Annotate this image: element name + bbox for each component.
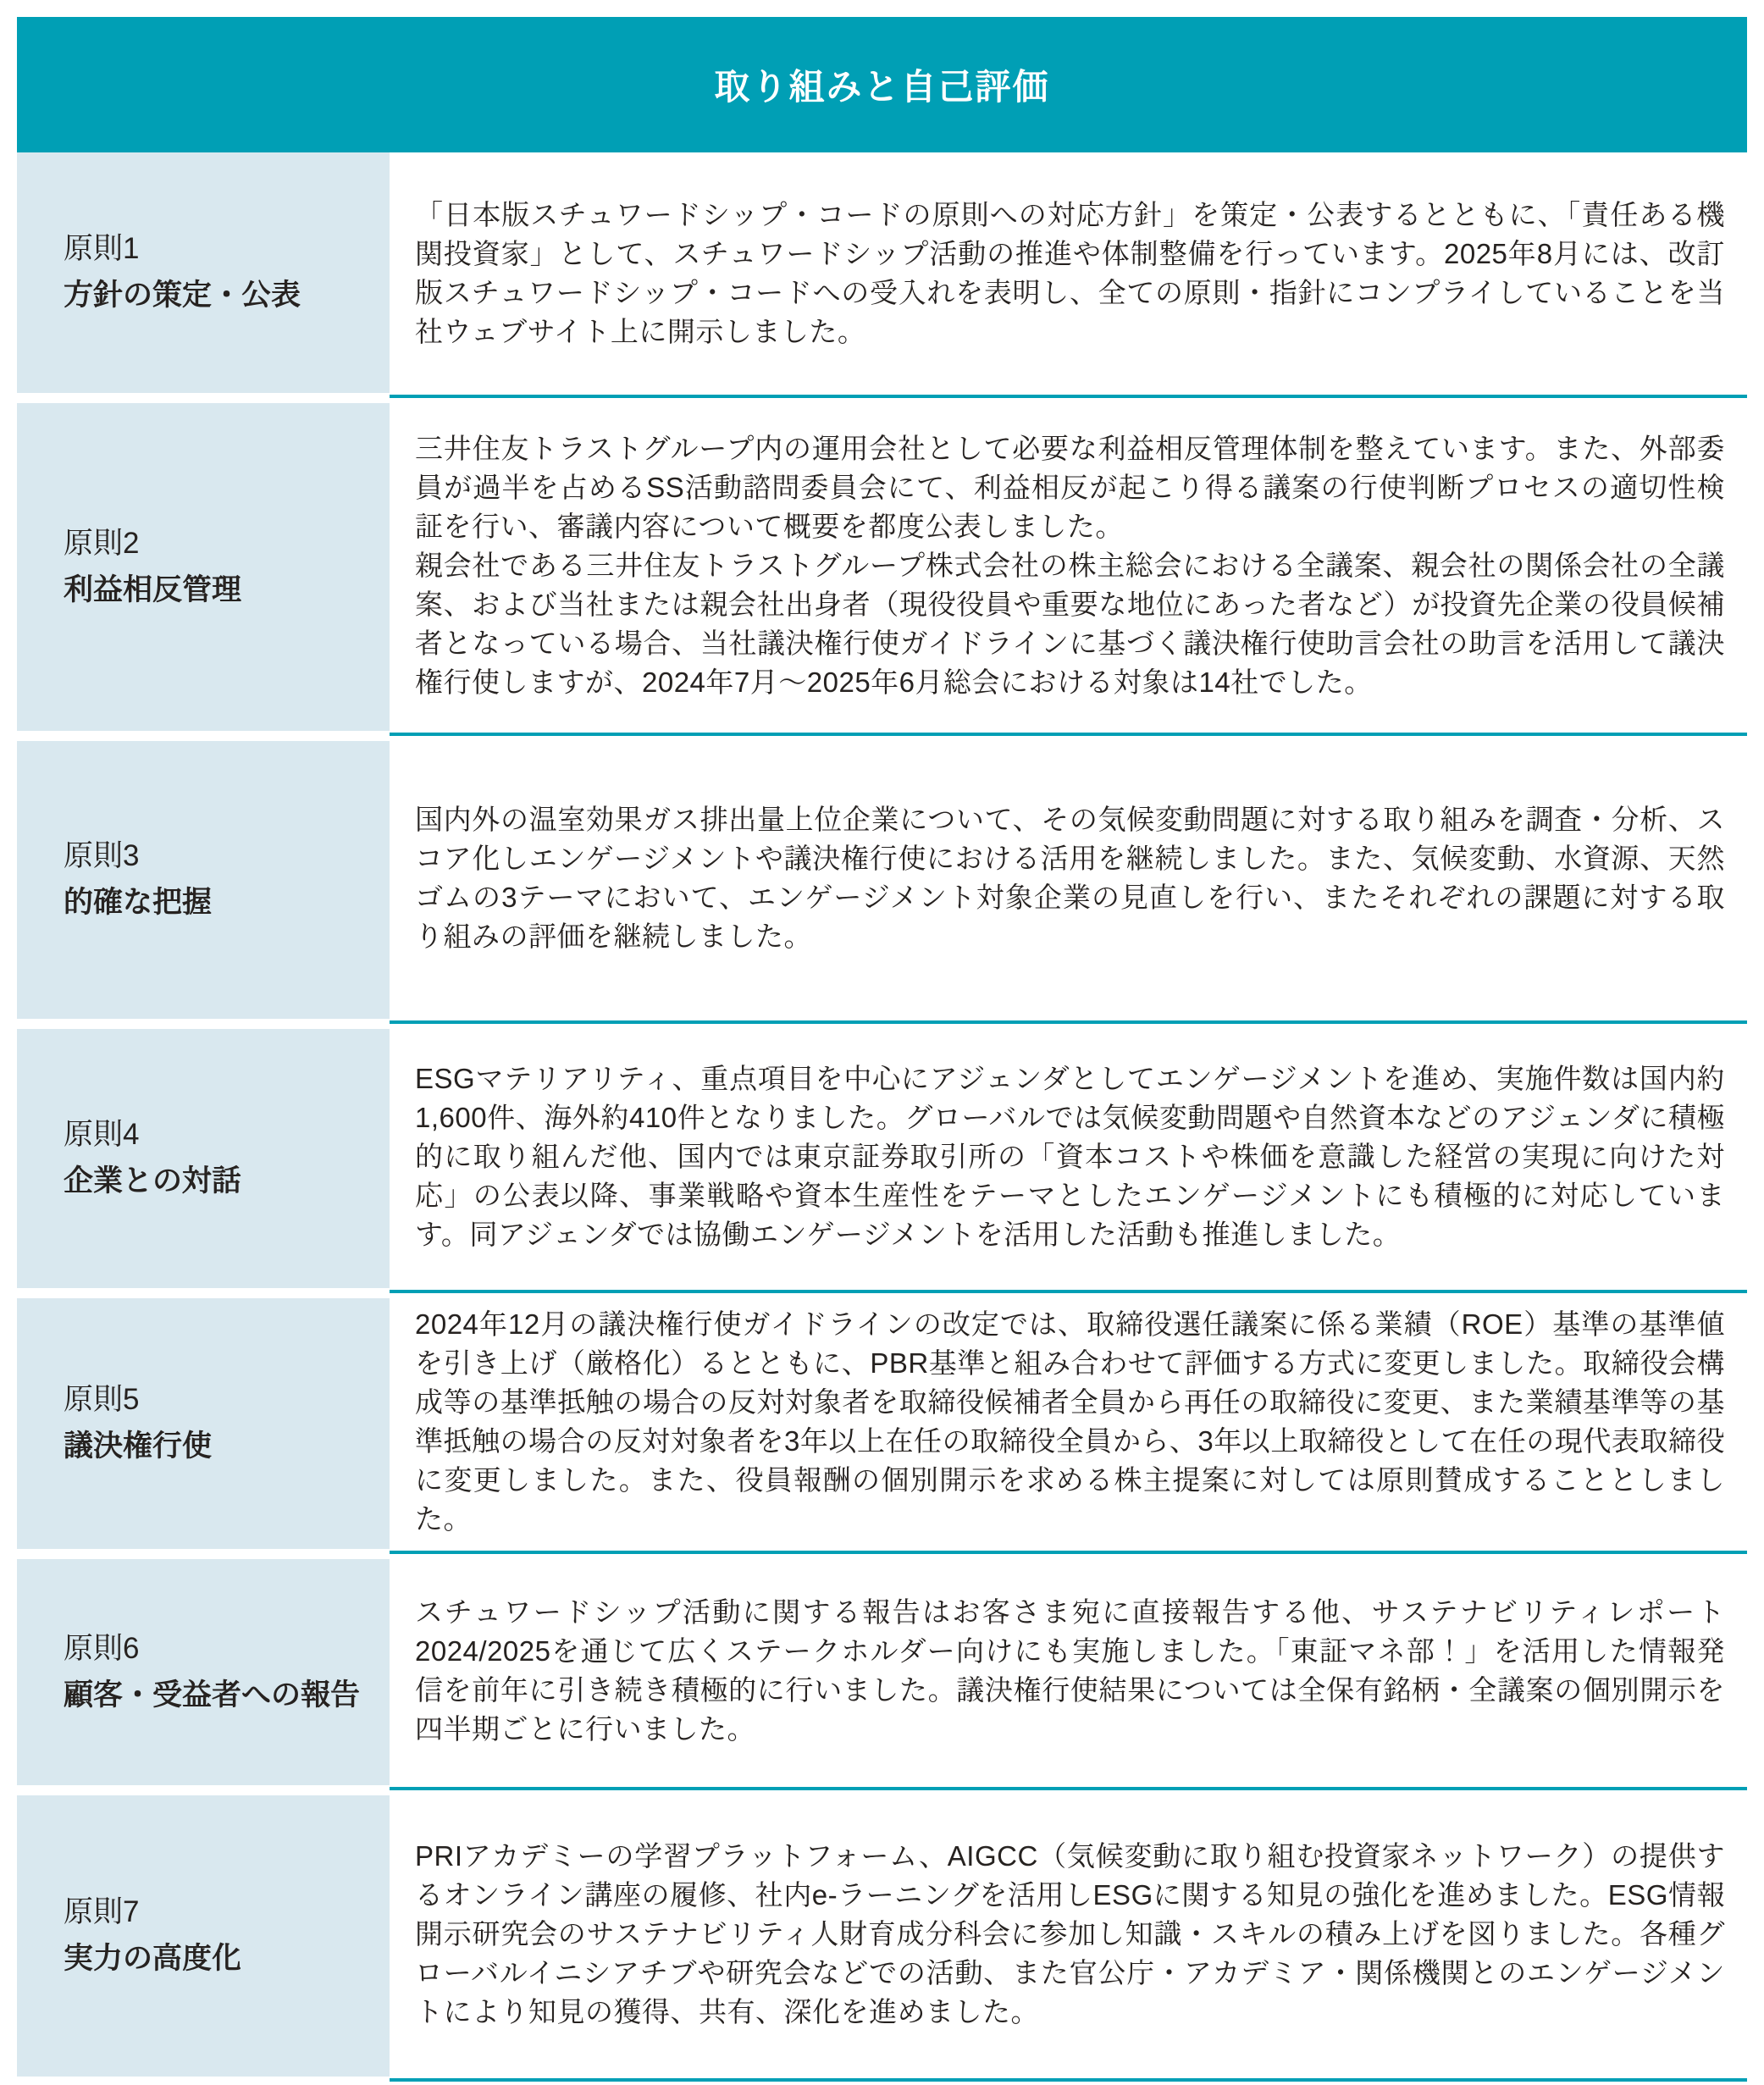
principle-number: 原則6 [64, 1630, 373, 1667]
table-row: 原則3 的確な把握 国内外の温室効果ガス排出量上位企業について、その気候変動問題… [17, 736, 1747, 1024]
body-paragraph: スチュワードシップ活動に関する報告はお客さま宛に直接報告する他、サステナビリティ… [415, 1593, 1725, 1749]
table-row: 原則6 顧客・受益者への報告 スチュワードシップ活動に関する報告はお客さま宛に直… [17, 1554, 1747, 1790]
principle-label-cell: 原則4 企業との対話 [17, 1029, 390, 1288]
principle-number: 原則5 [64, 1381, 373, 1419]
principle-label-cell: 原則7 実力の高度化 [17, 1795, 390, 2077]
principle-label-column: 原則6 顧客・受益者への報告 [17, 1554, 390, 1790]
principle-description-cell: PRIアカデミーの学習プラットフォーム、AIGCC（気候変動に取り組む投資家ネッ… [390, 1790, 1747, 2082]
principle-label-column: 原則2 利益相反管理 [17, 398, 390, 736]
principle-description-cell: ESGマテリアリティ、重点項目を中心にアジェンダとしてエンゲージメントを進め、実… [390, 1024, 1747, 1293]
principle-label-column: 原則4 企業との対話 [17, 1024, 390, 1293]
principle-number: 原則7 [64, 1894, 373, 1931]
principle-number: 原則3 [64, 838, 373, 875]
principle-topic: 的確な把握 [64, 883, 373, 922]
principle-number: 原則4 [64, 1116, 373, 1153]
table-row: 原則2 利益相反管理 三井住友トラストグループ内の運用会社として必要な利益相反管… [17, 398, 1747, 736]
principle-label-column: 原則1 方針の策定・公表 [17, 152, 390, 398]
principle-number: 原則2 [64, 525, 373, 562]
principle-topic: 顧客・受益者への報告 [64, 1676, 373, 1715]
body-paragraph: PRIアカデミーの学習プラットフォーム、AIGCC（気候変動に取り組む投資家ネッ… [415, 1837, 1725, 2032]
body-paragraph: 国内外の温室効果ガス排出量上位企業について、その気候変動問題に対する取り組みを調… [415, 800, 1725, 956]
principle-topic: 利益相反管理 [64, 571, 373, 610]
body-paragraph: 三井住友トラストグループ内の運用会社として必要な利益相反管理体制を整えています。… [415, 429, 1725, 546]
principle-label-cell: 原則2 利益相反管理 [17, 403, 390, 731]
table-title: 取り組みと自己評価 [714, 59, 1049, 110]
table-row: 原則5 議決権行使 2024年12月の議決権行使ガイドラインの改定では、取締役選… [17, 1293, 1747, 1554]
table-row: 原則1 方針の策定・公表 「日本版スチュワードシップ・コードの原則への対応方針」… [17, 152, 1747, 398]
principle-description-cell: 国内外の温室効果ガス排出量上位企業について、その気候変動問題に対する取り組みを調… [390, 736, 1747, 1024]
principle-description-cell: 三井住友トラストグループ内の運用会社として必要な利益相反管理体制を整えています。… [390, 398, 1747, 736]
document-page: 取り組みと自己評価 原則1 方針の策定・公表 「日本版スチュワードシップ・コード… [0, 0, 1764, 2085]
principle-topic: 方針の策定・公表 [64, 276, 373, 315]
principle-topic: 議決権行使 [64, 1427, 373, 1466]
table-row: 原則4 企業との対話 ESGマテリアリティ、重点項目を中心にアジェンダとしてエン… [17, 1024, 1747, 1293]
principle-description-cell: 2024年12月の議決権行使ガイドラインの改定では、取締役選任議案に係る業績（R… [390, 1293, 1747, 1554]
body-paragraph: 2024年12月の議決権行使ガイドラインの改定では、取締役選任議案に係る業績（R… [415, 1305, 1725, 1539]
table-row: 原則7 実力の高度化 PRIアカデミーの学習プラットフォーム、AIGCC（気候変… [17, 1790, 1747, 2082]
principle-label-cell: 原則6 顧客・受益者への報告 [17, 1559, 390, 1785]
body-paragraph: 親会社である三井住友トラストグループ株式会社の株主総会における全議案、親会社の関… [415, 546, 1725, 702]
principle-label-column: 原則5 議決権行使 [17, 1293, 390, 1554]
principle-number: 原則1 [64, 230, 373, 268]
principle-description-cell: 「日本版スチュワードシップ・コードの原則への対応方針」を策定・公表するとともに、… [390, 152, 1747, 398]
principles-table: 原則1 方針の策定・公表 「日本版スチュワードシップ・コードの原則への対応方針」… [17, 152, 1747, 2082]
principle-label-cell: 原則3 的確な把握 [17, 741, 390, 1019]
principle-topic: 実力の高度化 [64, 1939, 373, 1978]
principle-description-cell: スチュワードシップ活動に関する報告はお客さま宛に直接報告する他、サステナビリティ… [390, 1554, 1747, 1790]
principle-label-cell: 原則5 議決権行使 [17, 1298, 390, 1549]
body-paragraph: 「日本版スチュワードシップ・コードの原則への対応方針」を策定・公表するとともに、… [415, 196, 1725, 351]
table-header-bar: 取り組みと自己評価 [17, 17, 1747, 152]
principle-label-column: 原則3 的確な把握 [17, 736, 390, 1024]
principle-label-column: 原則7 実力の高度化 [17, 1790, 390, 2082]
body-paragraph: ESGマテリアリティ、重点項目を中心にアジェンダとしてエンゲージメントを進め、実… [415, 1059, 1725, 1254]
principle-topic: 企業との対話 [64, 1162, 373, 1201]
principle-label-cell: 原則1 方針の策定・公表 [17, 152, 390, 393]
